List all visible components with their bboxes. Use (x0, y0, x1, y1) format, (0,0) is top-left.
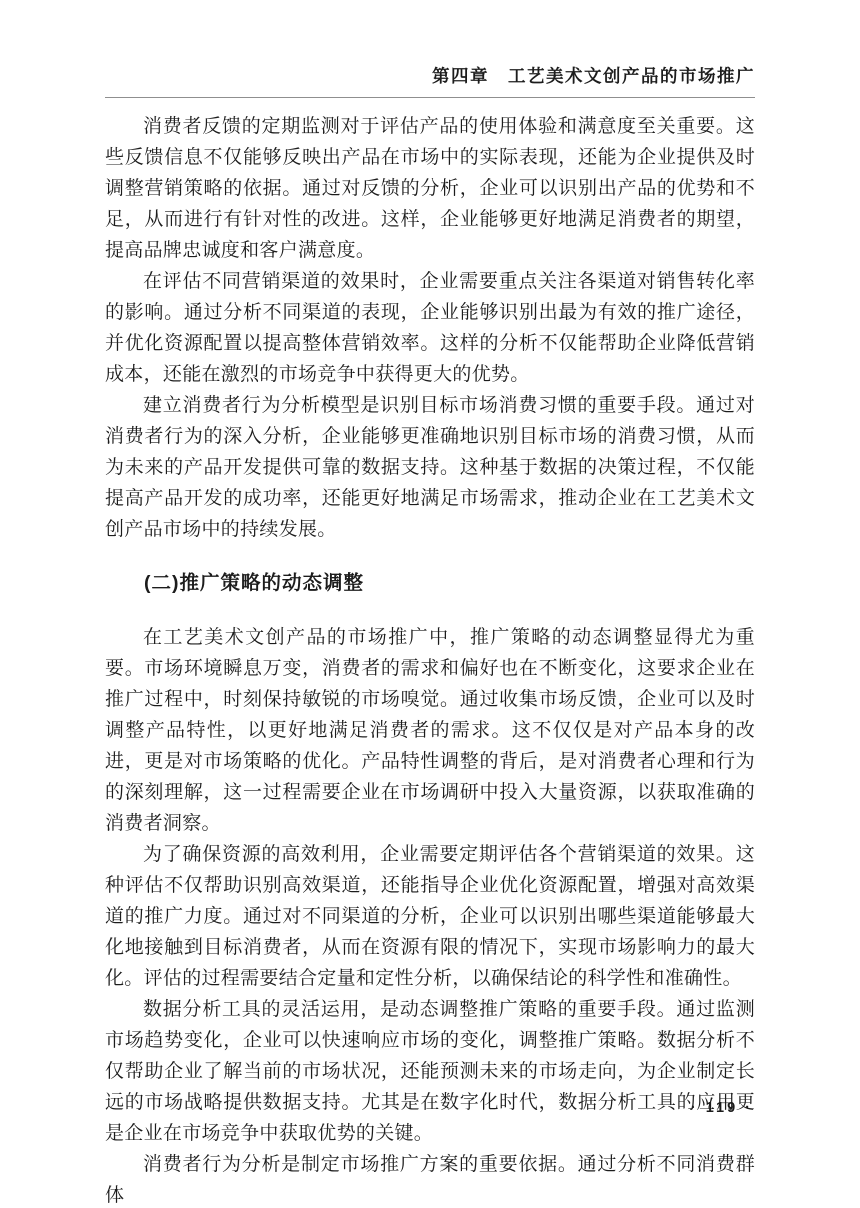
paragraph: 消费者行为分析是制定市场推广方案的重要依据。通过分析不同消费群体 (105, 1149, 755, 1208)
paragraph: 数据分析工具的灵活运用，是动态调整推广策略的重要手段。通过监测市场趋势变化，企业… (105, 994, 755, 1149)
paragraph: 在工艺美术文创产品的市场推广中，推广策略的动态调整显得尤为重要。市场环境瞬息万变… (105, 622, 755, 839)
page-number: · 119 · (691, 1100, 753, 1116)
section-heading: (二)推广策略的动态调整 (105, 570, 755, 596)
book-page: 第四章 工艺美术文创产品的市场推广 消费者反馈的定期监测对于评估产品的使用体验和… (0, 0, 860, 1208)
paragraph: 为了确保资源的高效利用，企业需要定期评估各个营销渠道的效果。这种评估不仅帮助识别… (105, 839, 755, 994)
paragraph: 消费者反馈的定期监测对于评估产品的使用体验和满意度至关重要。这些反馈信息不仅能够… (105, 111, 755, 266)
paragraph: 在评估不同营销渠道的效果时，企业需要重点关注各渠道对销售转化率的影响。通过分析不… (105, 266, 755, 390)
running-header: 第四章 工艺美术文创产品的市场推广 (105, 64, 755, 98)
paragraph: 建立消费者行为分析模型是识别目标市场消费习惯的重要手段。通过对消费者行为的深入分… (105, 390, 755, 545)
page-body: 消费者反馈的定期监测对于评估产品的使用体验和满意度至关重要。这些反馈信息不仅能够… (105, 111, 755, 1208)
